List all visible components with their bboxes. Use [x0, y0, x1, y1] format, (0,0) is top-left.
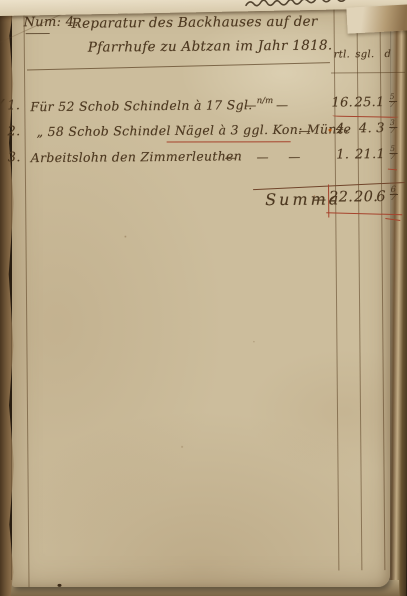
row-description: Arbeitslohn den Zimmerleuthen	[31, 148, 242, 165]
summa-dash: —	[313, 193, 326, 208]
header-underline-rule	[27, 62, 330, 71]
column-rule-sgl	[356, 2, 362, 570]
amount-fraction: 57	[389, 146, 397, 160]
manuscript-photo: Num: 4. Reparatur des Backhauses auf der…	[0, 0, 407, 596]
row-number: 2.	[2, 124, 20, 139]
column-header-rtl: rtl.	[330, 49, 354, 60]
fraction-denominator: 7	[388, 126, 398, 134]
column-rule-d	[379, 2, 385, 570]
fraction-denominator: 7	[388, 152, 398, 160]
row-filler-dash: — — —	[225, 150, 309, 165]
ink-blot	[57, 584, 61, 587]
column-header-rule	[331, 72, 405, 74]
amount-fraction: 57	[388, 94, 396, 108]
summa-d: 6	[374, 189, 388, 205]
row-description: Für 52 Schob Schindeln à 17 Sgl. n/m	[30, 96, 273, 114]
amount-d: 1	[374, 147, 388, 162]
amount-rtl: 16.	[330, 95, 354, 110]
row-description-text: Für 52 Schob Schindeln à 17 Sgl.	[30, 97, 252, 114]
amount-rtl: 4.	[330, 121, 354, 136]
title-line-1: Reparatur des Backhauses auf der	[72, 14, 318, 32]
previous-page-writing-fragment	[244, 0, 354, 8]
title-line-2: Pfarrhufe zu Abtzan im Jahr 1818.	[88, 38, 333, 56]
column-rule-rtl	[333, 2, 339, 570]
page-content: Num: 4. Reparatur des Backhauses auf der…	[0, 0, 407, 596]
amount-d: 3	[373, 121, 387, 136]
column-header-sgl: sgl.	[353, 49, 377, 60]
row-number: 1.	[2, 98, 20, 113]
row-number: 3.	[3, 150, 21, 165]
row-filler-dash: —	[298, 124, 318, 138]
red-underline-summa	[326, 212, 402, 215]
margin-rule	[23, 9, 29, 587]
fraction-denominator: 7	[387, 100, 397, 108]
red-underline-summa-fraction	[385, 218, 400, 221]
amount-fraction: 37	[388, 120, 396, 134]
orange-speck	[329, 129, 332, 132]
entry-number-heading: Num: 4.	[24, 15, 79, 30]
entry-number-underline	[26, 33, 50, 34]
page-corner-fold	[346, 4, 407, 33]
amount-rtl: 1.	[331, 147, 355, 162]
row-filler-dash: — —	[244, 98, 296, 112]
red-tick-row3	[388, 169, 397, 171]
red-underline-row2-price	[167, 141, 291, 142]
fraction-denominator: 7	[388, 193, 398, 201]
column-header-d: d	[378, 49, 398, 60]
summa-rtl: 22.	[329, 189, 353, 205]
amount-d: 1	[373, 95, 387, 110]
summa-fraction: 67	[389, 187, 398, 201]
red-underline-row1-amounts	[332, 116, 398, 119]
